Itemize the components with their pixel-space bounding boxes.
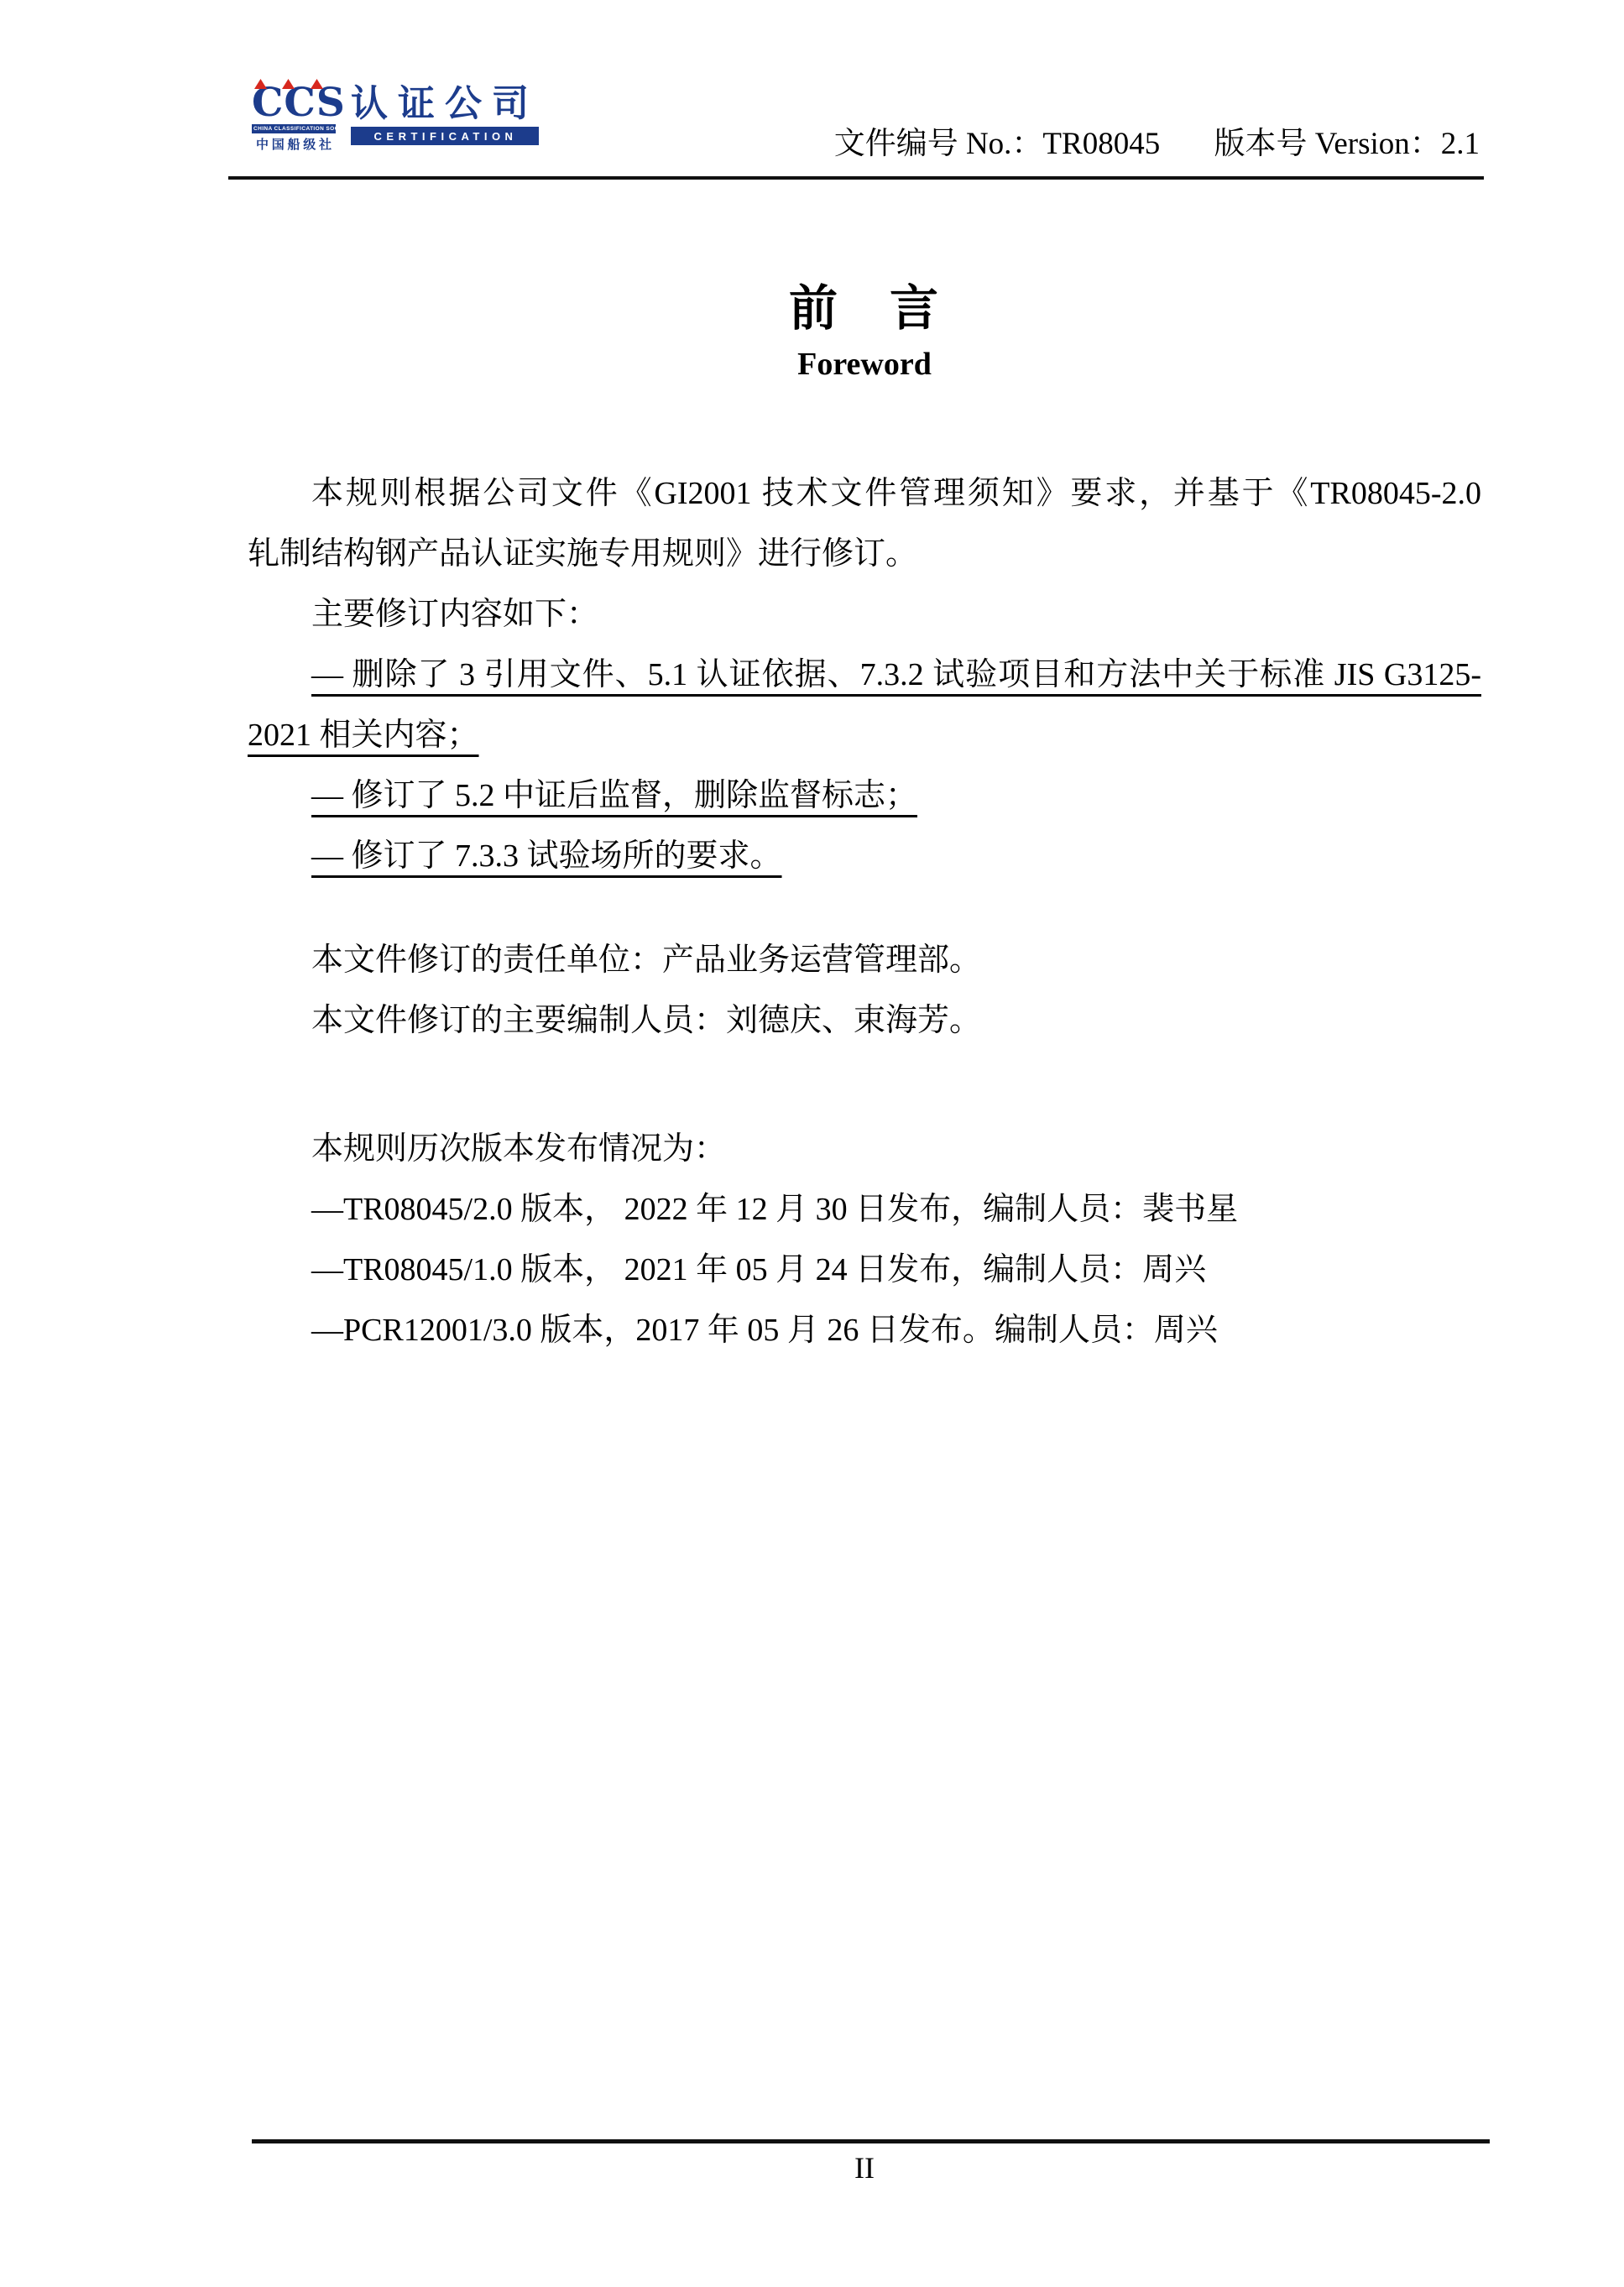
document-page: CCS CHINA CLASSIFICATION SOCIETY 中 国 船 级…	[0, 0, 1624, 2287]
ccs-logo: CCS CHINA CLASSIFICATION SOCIETY 中 国 船 级…	[252, 85, 539, 153]
paragraph-line: 本文件修订的主要编制人员：刘德庆、束海芳。	[248, 990, 1481, 1051]
ccs-mark: CCS	[252, 85, 346, 122]
revision-item-line: — 修订了 7.3.3 试验场所的要求。	[248, 826, 1481, 886]
version-history-line: —TR08045/2.0 版本， 2022 年 12 月 30 日发布，编制人员…	[248, 1179, 1481, 1240]
version-history-line: —PCR12001/3.0 版本，2017 年 05 月 26 日发布。编制人员…	[248, 1300, 1481, 1360]
page-number: II	[248, 2150, 1481, 2185]
paragraph-line: 本规则根据公司文件《GI2001 技术文件管理须知》要求，并基于《TR08045…	[248, 463, 1481, 524]
document-body: 本规则根据公司文件《GI2001 技术文件管理须知》要求，并基于《TR08045…	[248, 463, 1481, 1360]
revision-item-line: — 修订了 5.2 中证后监督，删除监督标志；	[248, 765, 1481, 826]
ccs-society-cn: 中 国 船 级 社	[252, 135, 336, 153]
version-history-line: —TR08045/1.0 版本， 2021 年 05 月 24 日发布，编制人员…	[248, 1240, 1481, 1300]
paragraph-line: 轧制结构钢产品认证实施专用规则》进行修订。	[248, 524, 1481, 584]
paragraph-line: 主要修订内容如下：	[248, 584, 1481, 645]
doc-version: 版本号 Version：2.1	[1214, 127, 1480, 161]
revision-item-line: — 删除了 3 引用文件、5.1 认证依据、7.3.2 试验项目和方法中关于标准…	[248, 645, 1481, 705]
ccs-logo-right: 认证公司 CERTIFICATION	[351, 85, 539, 145]
certification-company-cn: 认证公司	[351, 85, 539, 123]
paragraph-line: 本文件修订的责任单位：产品业务运营管理部。	[248, 930, 1481, 990]
revision-item-line: 2021 相关内容；	[248, 705, 1481, 765]
doc-number: 文件编号 No.：TR08045	[834, 127, 1161, 161]
footer-rule	[252, 2139, 1490, 2143]
ccs-logo-text: CCS	[252, 85, 346, 122]
header-doc-info: 文件编号 No.：TR08045 版本号 Version：2.1	[834, 117, 1480, 163]
page-title: 前 言	[248, 269, 1481, 339]
ccs-logo-left: CCS CHINA CLASSIFICATION SOCIETY 中 国 船 级…	[252, 85, 336, 153]
header-rule	[228, 176, 1484, 180]
paragraph-line: 本规则历次版本发布情况为：	[248, 1119, 1481, 1179]
page-title-en: Foreword	[248, 346, 1481, 383]
certification-company-en-bar: CERTIFICATION	[351, 127, 539, 145]
